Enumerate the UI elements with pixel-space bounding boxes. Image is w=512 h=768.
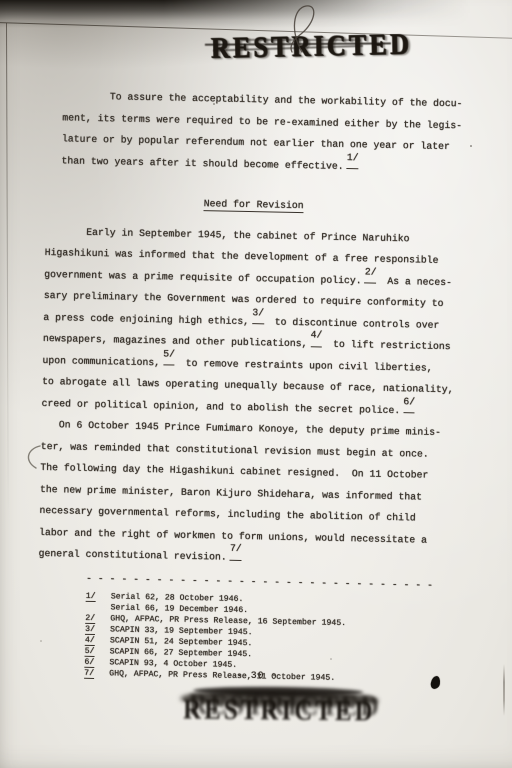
paragraph: On 6 October 1945 Prince Fumimaro Konoye… — [38, 414, 505, 574]
footnote-number: 7/ — [84, 668, 109, 679]
body-text: to lift restrictions — [327, 339, 451, 352]
body-text: ter, was reminded that constitutional re… — [41, 440, 429, 459]
body-text: The following day the Higashikuni cabine… — [40, 462, 428, 481]
section-heading: Need for Revision — [0, 189, 510, 221]
body-text: Early in September 1945, the cabinet of … — [45, 225, 410, 243]
footnote-text: GHQ, AFPAC, PR Press Release, 11 October… — [109, 669, 335, 683]
footnote-number: 3/ — [85, 624, 110, 635]
footnote-reference: 4/ — [310, 324, 322, 347]
body-text: government was a prime requisite of occu… — [44, 268, 362, 285]
body-text: the new prime minister, Baron Kijuro Shi… — [40, 483, 422, 502]
body-text: newspapers, magazines and other publicat… — [43, 333, 308, 349]
scanned-document-page: RESTRICTED RESTRICTED To assure the acce… — [0, 0, 512, 768]
footnote-list: 1/Serial 62, 28 October 1946.Serial 66, … — [84, 591, 502, 687]
page-number: - 30 - — [237, 670, 278, 681]
handwritten-squiggle-mark — [272, 0, 342, 54]
restricted-stamp-bottom: RESTRICTED RESTRICTED — [183, 687, 384, 747]
body-text: As a neces- — [381, 275, 452, 287]
body-text: to remove restraints upon civil libertie… — [180, 357, 433, 373]
body-text: to abrogate all laws operating unequally… — [42, 376, 454, 395]
footnote-reference: 6/ — [403, 391, 415, 414]
body-text: upon communications, — [42, 354, 160, 367]
body-text: lature or by popular referendum not earl… — [62, 133, 450, 152]
footnote-reference: 5/ — [163, 343, 175, 366]
paragraph: Early in September 1945, the cabinet of … — [41, 220, 509, 423]
body-text: On 6 October 1945 Prince Fumimaro Konoye… — [41, 419, 441, 438]
body-text: sary preliminary the Government was orde… — [44, 290, 444, 309]
scan-crease-line — [503, 664, 505, 716]
section-heading-text: Need for Revision — [204, 198, 304, 213]
body-text: to discontinue controls over — [269, 316, 440, 330]
footnote-number: 5/ — [85, 646, 110, 657]
body-text: necessary governmental reforms, includin… — [39, 505, 415, 524]
paragraph: To assure the acceptability and the work… — [61, 85, 512, 180]
footnote-reference: 7/ — [230, 538, 242, 561]
footnote-reference: 2/ — [365, 261, 377, 284]
body-text: a press code enjoining high ethics, — [43, 311, 249, 326]
body-text: general constitutional revision. — [38, 548, 226, 563]
body-text: Higashikuni was informed that the develo… — [45, 247, 439, 266]
body-text: ment, its terms were required to be re-e… — [62, 112, 462, 131]
footnote-number: 1/ — [86, 591, 111, 602]
body-text: than two years after it should become ef… — [61, 155, 343, 172]
footnote-number — [85, 609, 110, 610]
footnote-reference: 3/ — [252, 302, 264, 325]
ink-blot — [430, 675, 441, 689]
footnote-number: 6/ — [84, 657, 109, 668]
body-text: To assure the acceptability and the work… — [63, 90, 463, 109]
body-text: creed or political opinion, and to aboli… — [41, 397, 400, 415]
footnote-number: 2/ — [85, 613, 110, 624]
typewritten-text-block: To assure the acceptability and the work… — [0, 84, 512, 687]
handwritten-paren-mark — [19, 442, 47, 474]
footnote-number: 4/ — [85, 635, 110, 646]
footnote-reference: 1/ — [347, 146, 359, 169]
